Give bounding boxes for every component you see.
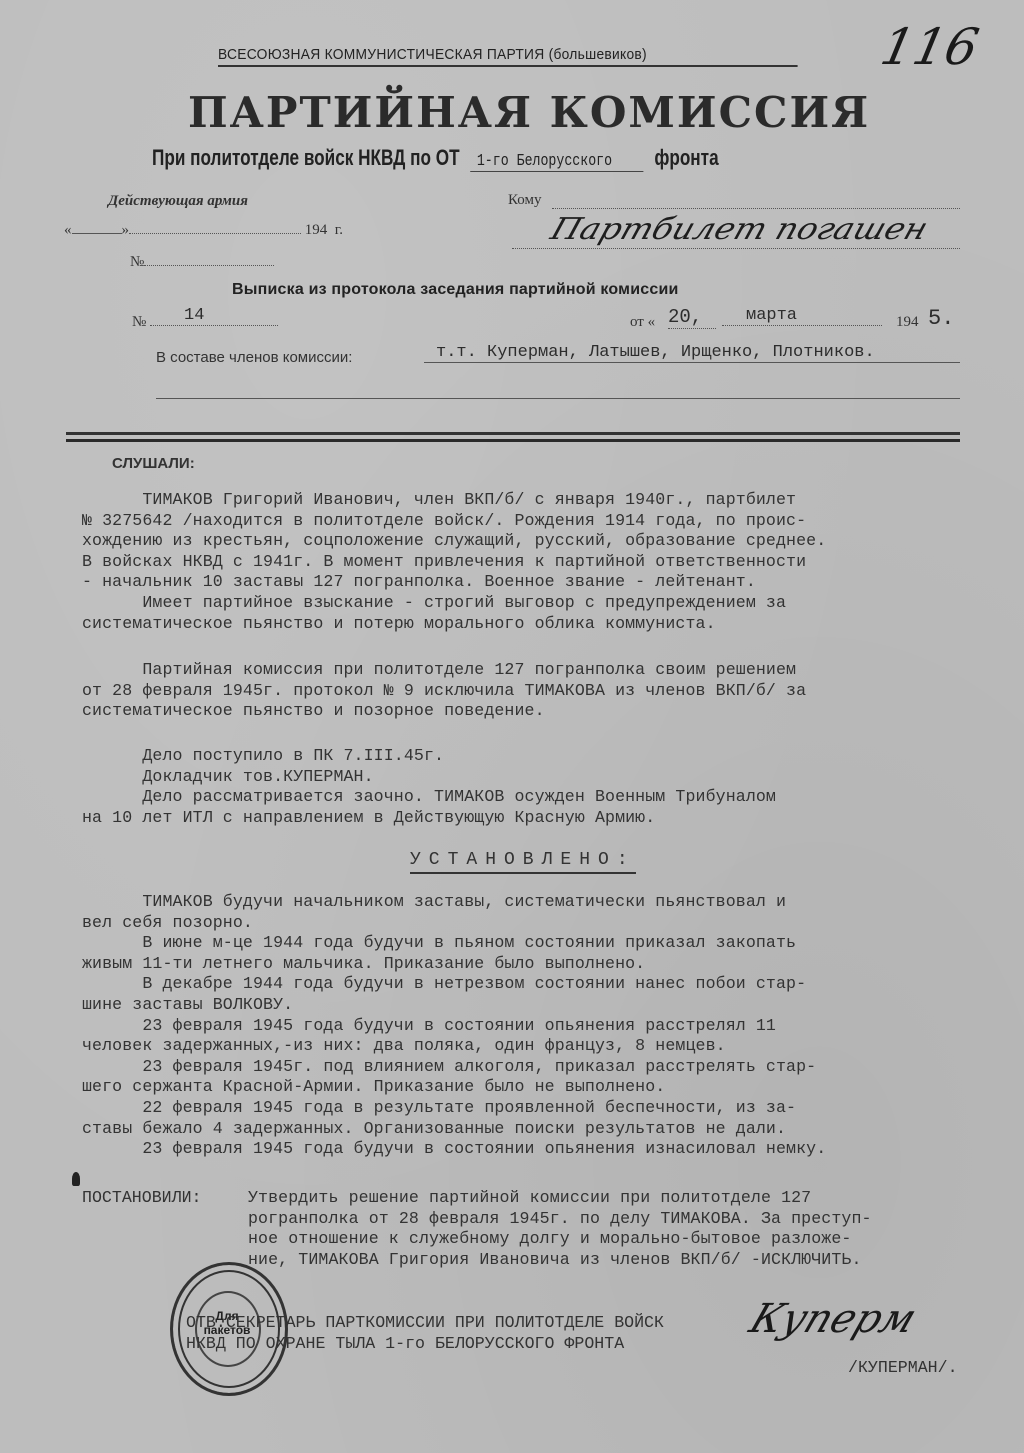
to-handwritten-note: Партбилет погашен (546, 212, 932, 247)
protocol-year-prefix: 194 (896, 314, 919, 331)
archive-page-number: 116 (876, 18, 984, 76)
date-quote-open: « (64, 222, 72, 238)
year-prefix: 194 (305, 222, 328, 238)
heard-paragraph-regiment-decision: Партийная комиссия при политотделе 127 п… (82, 660, 992, 722)
separator-rule-top (66, 432, 960, 435)
established-text: ТИМАКОВ будучи начальником заставы, сист… (82, 892, 992, 1160)
established-heading: УСТАНОВЛЕНО: (410, 850, 636, 874)
number-blank (144, 265, 274, 266)
handwritten-signature: Куперм (744, 1296, 923, 1342)
month-blank (129, 233, 301, 234)
number-label: № (130, 254, 144, 270)
protocol-date-label: от « (630, 314, 655, 331)
protocol-month: марта (722, 306, 882, 326)
punch-hole-mark (72, 1172, 80, 1186)
protocol-number-label: № (132, 314, 146, 331)
to-line-1 (552, 208, 960, 209)
protocol-year-digit: 5. (928, 306, 954, 331)
heard-paragraph-case-info: Дело поступило в ПК 7.III.45г. Докладчик… (82, 746, 992, 828)
date-quote-close: » (122, 222, 130, 238)
signature-title-line-1: ОТВ.СЕКРЕТАРЬ ПАРТКОМИССИИ ПРИ ПОЛИТОТДЕ… (186, 1313, 664, 1332)
signatory-name: /КУПЕРМАН/. (848, 1358, 958, 1377)
heard-paragraph-personal-info: ТИМАКОВ Григорий Иванович, член ВКП/б/ с… (82, 490, 992, 634)
date-template: «» 194 г. (64, 222, 343, 239)
members-value: т.т. Куперман, Латышев, Ирщенко, Плотник… (424, 343, 960, 363)
separator-rule-bottom (66, 439, 960, 442)
subtitle-prefix: При политотделе войск НКВД по ОТ (152, 145, 460, 170)
to-line-2 (512, 248, 960, 249)
number-template: № (130, 254, 274, 271)
heard-label: СЛУШАЛИ: (112, 455, 195, 472)
subtitle-suffix: фронта (654, 145, 718, 170)
day-blank (72, 233, 122, 234)
document-subtitle: При политотделе войск НКВД по ОТ 1-го Бе… (152, 145, 719, 172)
party-header: ВСЕСОЮЗНАЯ КОММУНИСТИЧЕСКАЯ ПАРТИЯ (боль… (218, 46, 798, 67)
year-suffix: г. (335, 222, 343, 238)
protocol-number: 14 (150, 306, 278, 326)
army-label: Действующая армия (108, 193, 248, 210)
resolved-text: Утвердить решение партийной комиссии при… (248, 1188, 1008, 1270)
document-title: ПАРТИЙНАЯ КОМИССИЯ (188, 88, 870, 137)
to-label: Кому (508, 192, 541, 209)
resolved-label: ПОСТАНОВИЛИ: (82, 1188, 202, 1207)
members-label: В составе членов комиссии: (156, 349, 352, 366)
front-name-field: 1-го Белорусского (471, 152, 644, 172)
extract-title: Выписка из протокола заседания партийной… (232, 281, 679, 299)
members-extra-line (156, 398, 960, 399)
scanned-document-page: 116 ВСЕСОЮЗНАЯ КОММУНИСТИЧЕСКАЯ ПАРТИЯ (… (0, 0, 1024, 1453)
signature-title-line-2: НКВД ПО ОХРАНЕ ТЫЛА 1-го БЕЛОРУССКОГО ФР… (186, 1334, 624, 1353)
protocol-day: 20, (668, 306, 716, 329)
